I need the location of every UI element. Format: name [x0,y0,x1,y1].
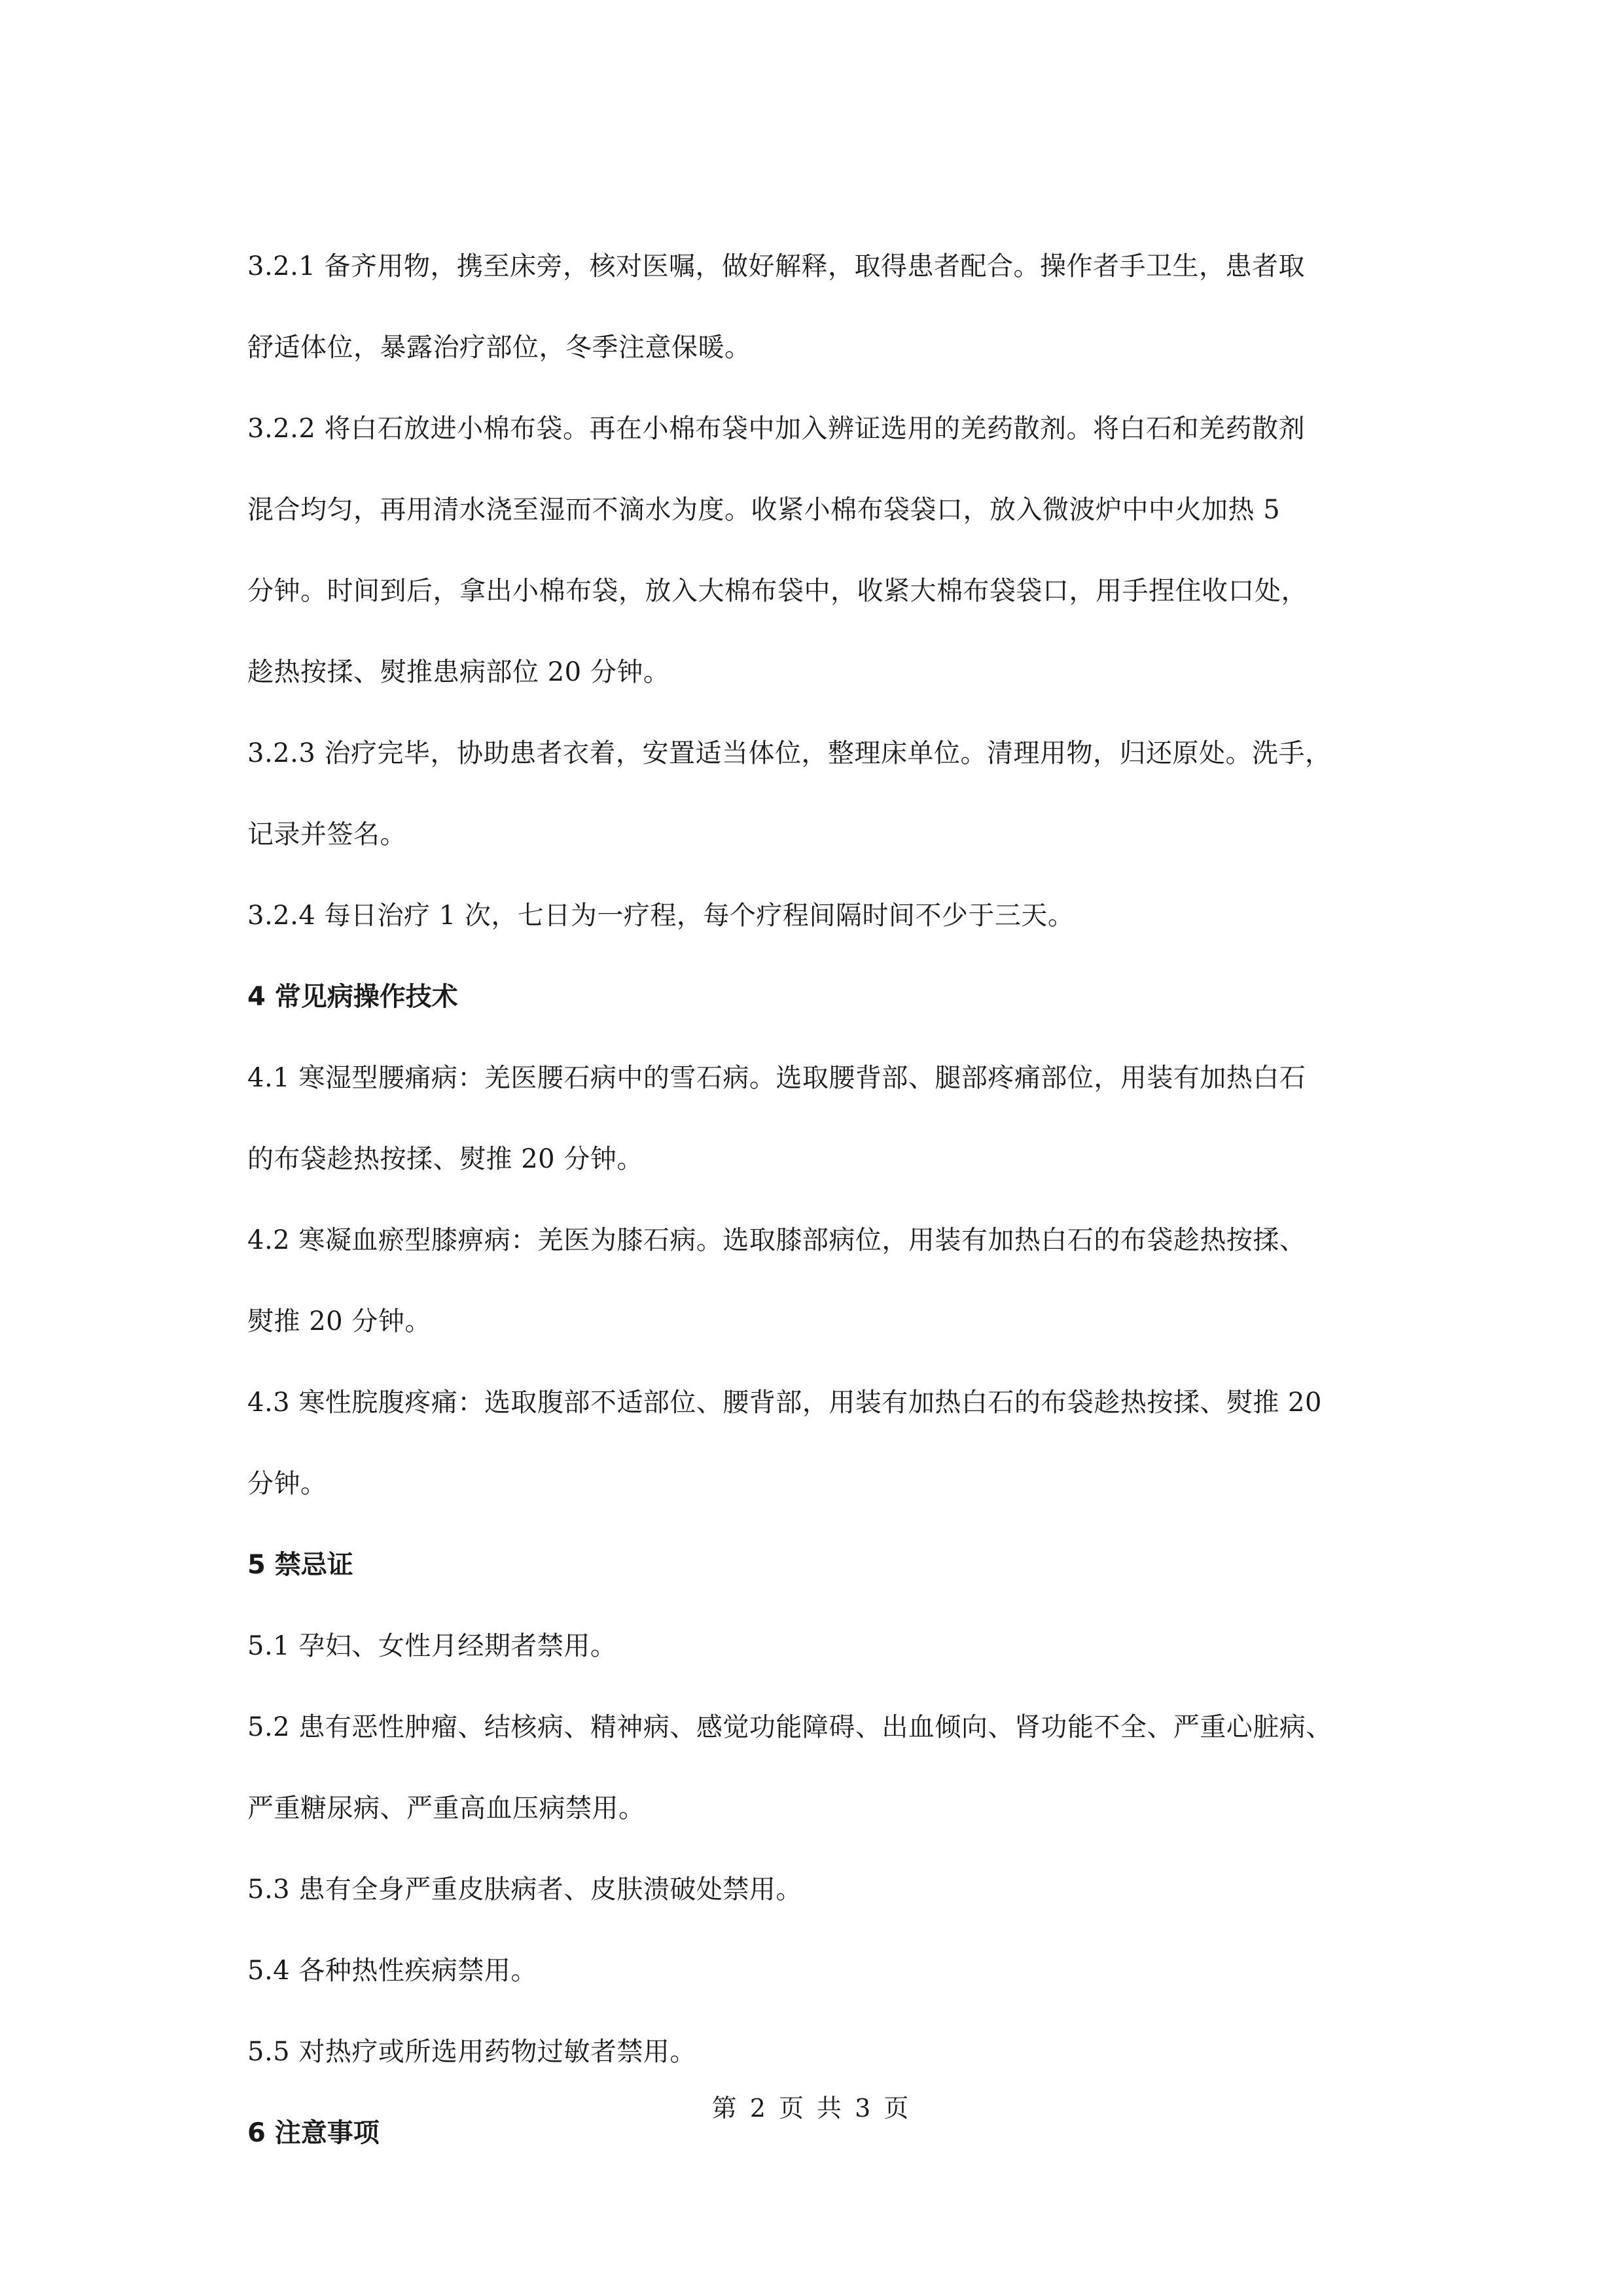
para-3-2-1-line-1: 3.2.1 备齐用物，携至床旁，核对医嘱，做好解释，取得患者配合。操作者手卫生，… [247,226,1399,307]
para-5-4-line-1: 5.4 各种热性疾病禁用。 [247,1930,1399,2011]
para-3-2-3-line-2: 记录并签名。 [247,794,1399,875]
para-5-3-line-1: 5.3 患有全身严重皮肤病者、皮肤溃破处禁用。 [247,1849,1399,1930]
para-3-2-2-line-3: 分钟。时间到后，拿出小棉布袋，放入大棉布袋中，收紧大棉布袋袋口，用手捏住收口处， [247,550,1399,632]
para-4-1-line-1: 4.1 寒湿型腰痛病：羌医腰石病中的雪石病。选取腰背部、腿部疼痛部位，用装有加热… [247,1037,1399,1119]
para-3-2-2-line-4: 趁热按揉、熨推患病部位 20 分钟。 [247,632,1399,713]
para-3-2-4-line-1: 3.2.4 每日治疗 1 次，七日为一疗程，每个疗程间隔时间不少于三天。 [247,875,1399,956]
para-4-1-line-2: 的布袋趁热按揉、熨推 20 分钟。 [247,1119,1399,1200]
para-4-3-line-2: 分钟。 [247,1443,1399,1524]
page-number-footer: 第 2 页 共 3 页 [0,2088,1623,2124]
para-3-2-1-line-2: 舒适体位，暴露治疗部位，冬季注意保暖。 [247,307,1399,388]
para-3-2-3-line-1: 3.2.3 治疗完毕，协助患者衣着，安置适当体位，整理床单位。清理用物，归还原处… [247,713,1399,794]
section-heading-4: 4 常见病操作技术 [247,956,1399,1037]
para-4-3-line-1: 4.3 寒性脘腹疼痛：选取腹部不适部位、腰背部，用装有加热白石的布袋趁热按揉、熨… [247,1362,1399,1443]
para-5-1-line-1: 5.1 孕妇、女性月经期者禁用。 [247,1605,1399,1687]
para-4-2-line-1: 4.2 寒凝血瘀型膝痹病：羌医为膝石病。选取膝部病位，用装有加热白石的布袋趁热按… [247,1200,1399,1281]
para-5-2-line-1: 5.2 患有恶性肿瘤、结核病、精神病、感觉功能障碍、出血倾向、肾功能不全、严重心… [247,1687,1399,1768]
para-5-2-line-2: 严重糖尿病、严重高血压病禁用。 [247,1768,1399,1849]
section-heading-5: 5 禁忌证 [247,1524,1399,1605]
document-body: 3.2.1 备齐用物，携至床旁，核对医嘱，做好解释，取得患者配合。操作者手卫生，… [247,226,1399,2174]
para-5-5-line-1: 5.5 对热疗或所选用药物过敏者禁用。 [247,2011,1399,2092]
para-3-2-2-line-2: 混合均匀，再用清水浇至湿而不滴水为度。收紧小棉布袋袋口，放入微波炉中中火加热 5 [247,469,1399,550]
para-4-2-line-2: 熨推 20 分钟。 [247,1281,1399,1362]
para-3-2-2-line-1: 3.2.2 将白石放进小棉布袋。再在小棉布袋中加入辨证选用的羌药散剂。将白石和羌… [247,388,1399,469]
